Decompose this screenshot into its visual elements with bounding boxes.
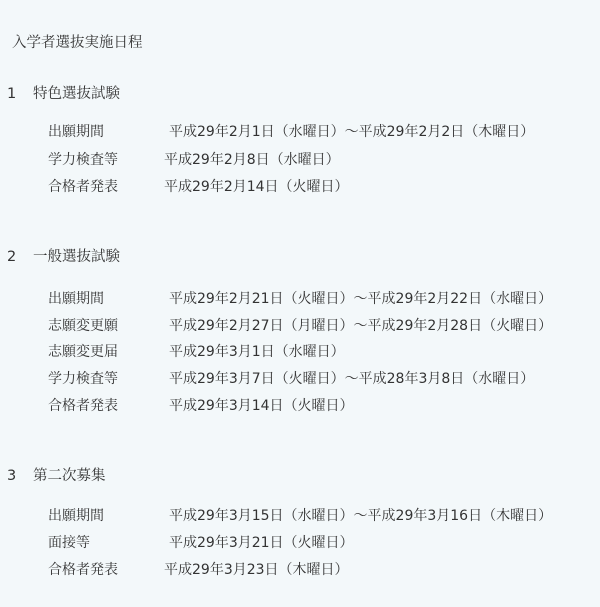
row-label: 出願期間 xyxy=(48,122,104,142)
row-value: 平成29年2月1日（水曜日）～平成29年2月2日（木曜日） xyxy=(169,122,534,142)
schedule-row: 学力検査等 平成29年2月8日（水曜日） xyxy=(48,150,118,170)
section-title: 特色選抜試験 xyxy=(33,86,120,102)
schedule-row: 合格者発表 平成29年3月14日（火曜日） xyxy=(48,396,118,416)
page-title: 入学者選抜実施日程 xyxy=(12,31,143,52)
row-label: 合格者発表 xyxy=(48,560,118,580)
row-label: 出願期間 xyxy=(48,289,104,309)
schedule-row: 出願期間 平成29年3月15日（水曜日）～平成29年3月16日（木曜日） xyxy=(48,506,104,526)
section-number: 3 xyxy=(7,468,33,484)
schedule-row: 出願期間 平成29年2月21日（火曜日）～平成29年2月22日（水曜日） xyxy=(48,289,104,309)
row-label: 志願変更届 xyxy=(48,342,118,362)
section-heading-3: 3第二次募集 xyxy=(7,464,106,485)
row-value: 平成29年2月21日（火曜日）～平成29年2月22日（水曜日） xyxy=(169,289,552,309)
row-label: 面接等 xyxy=(48,533,90,553)
row-label: 出願期間 xyxy=(48,506,104,526)
section-title: 一般選抜試験 xyxy=(33,249,120,265)
schedule-row: 志願変更届 平成29年3月1日（水曜日） xyxy=(48,342,118,362)
schedule-row: 学力検査等 平成29年3月7日（火曜日）～平成28年3月8日（水曜日） xyxy=(48,369,118,389)
section-title: 第二次募集 xyxy=(33,468,106,484)
row-label: 学力検査等 xyxy=(48,150,118,170)
schedule-row: 出願期間 平成29年2月1日（水曜日）～平成29年2月2日（木曜日） xyxy=(48,122,104,142)
row-label: 学力検査等 xyxy=(48,369,118,389)
row-value: 平成29年3月14日（火曜日） xyxy=(169,396,354,416)
schedule-row: 合格者発表 平成29年2月14日（火曜日） xyxy=(48,177,118,197)
row-value: 平成29年3月7日（火曜日）～平成28年3月8日（水曜日） xyxy=(169,369,534,389)
row-value: 平成29年2月14日（火曜日） xyxy=(164,177,349,197)
schedule-row: 志願変更願 平成29年2月27日（月曜日）～平成29年2月28日（火曜日） xyxy=(48,316,118,336)
section-heading-1: 1特色選抜試験 xyxy=(7,82,120,103)
row-value: 平成29年3月21日（火曜日） xyxy=(169,533,354,553)
row-value: 平成29年2月27日（月曜日）～平成29年2月28日（火曜日） xyxy=(169,316,552,336)
row-value: 平成29年3月15日（水曜日）～平成29年3月16日（木曜日） xyxy=(169,506,552,526)
schedule-row: 面接等 平成29年3月21日（火曜日） xyxy=(48,533,90,553)
row-value: 平成29年3月23日（木曜日） xyxy=(164,560,349,580)
row-value: 平成29年3月1日（水曜日） xyxy=(169,342,345,362)
row-value: 平成29年2月8日（水曜日） xyxy=(164,150,340,170)
row-label: 合格者発表 xyxy=(48,396,118,416)
section-number: 2 xyxy=(7,249,33,265)
schedule-row: 合格者発表 平成29年3月23日（木曜日） xyxy=(48,560,118,580)
section-heading-2: 2一般選抜試験 xyxy=(7,245,120,266)
section-number: 1 xyxy=(7,86,33,102)
row-label: 志願変更願 xyxy=(48,316,118,336)
row-label: 合格者発表 xyxy=(48,177,118,197)
